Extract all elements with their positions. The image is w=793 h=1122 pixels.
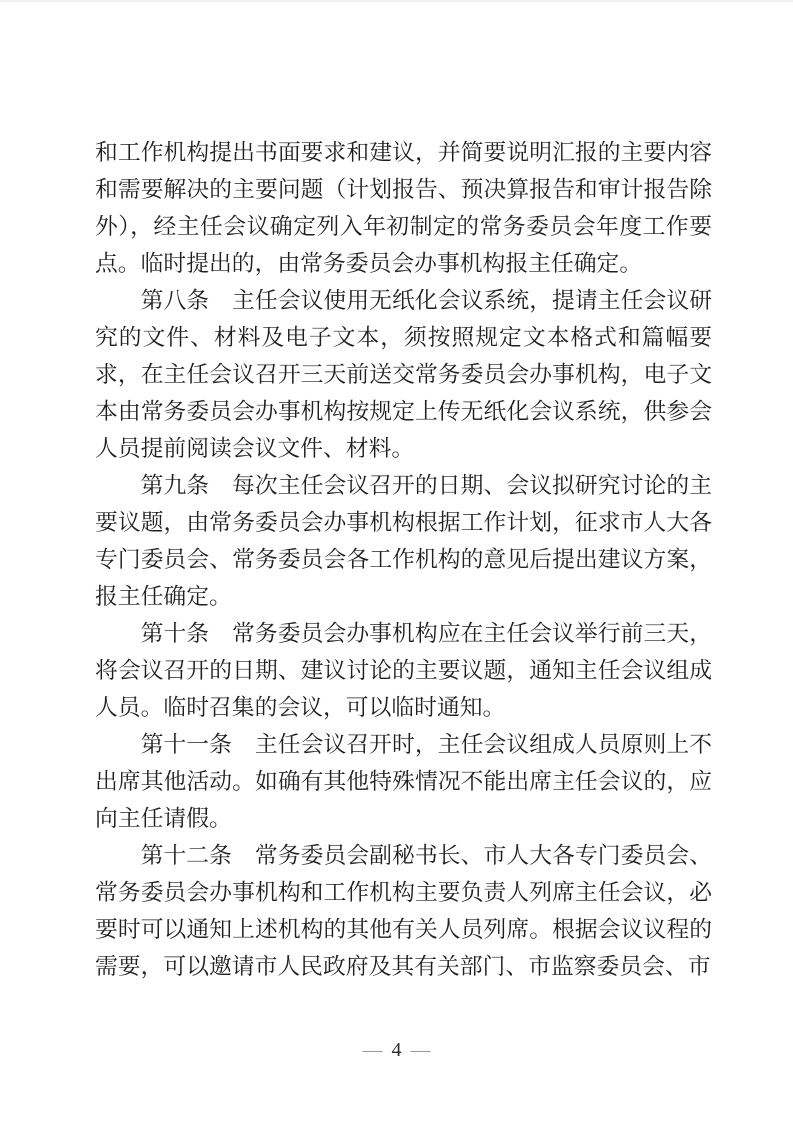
paragraph-article-9: 第九条 每次主任会议召开的日期、会议拟研究讨论的主要议题，由常务委员会办事机构根… (95, 467, 712, 615)
footer-right-dash: — (411, 1039, 431, 1061)
paragraph-article-8: 第八条 主任会议使用无纸化会议系统，提请主任会议研究的文件、材料及电子文本，须按… (95, 282, 712, 467)
paragraph-article-11: 第十一条 主任会议召开时，主任会议组成人员原则上不出席其他活动。如确有其他特殊情… (95, 726, 712, 837)
page-footer: —4— (0, 1039, 793, 1061)
page-top-edge (0, 0, 793, 2)
paragraph-article-10: 第十条 常务委员会办事机构应在主任会议举行前三天，将会议召开的日期、建议讨论的主… (95, 615, 712, 726)
paragraph-continuation: 和工作机构提出书面要求和建议，并简要说明汇报的主要内容和需要解决的主要问题（计划… (95, 134, 712, 282)
footer-left-dash: — (363, 1039, 383, 1061)
page-number: 4 (392, 1039, 402, 1061)
document-page: 和工作机构提出书面要求和建议，并简要说明汇报的主要内容和需要解决的主要问题（计划… (0, 0, 793, 1122)
paragraph-article-12: 第十二条 常务委员会副秘书长、市人大各专门委员会、常务委员会办事机构和工作机构主… (95, 837, 712, 985)
document-body: 和工作机构提出书面要求和建议，并简要说明汇报的主要内容和需要解决的主要问题（计划… (95, 134, 712, 985)
